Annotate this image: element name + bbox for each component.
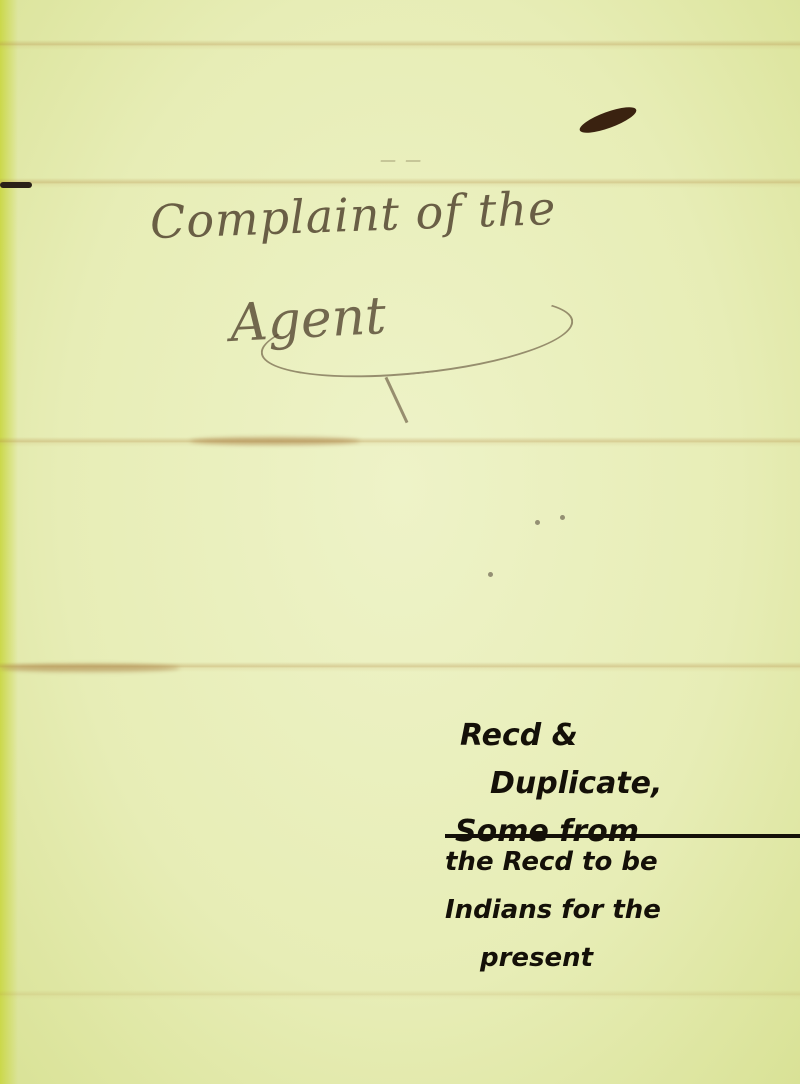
- fold-line: [0, 437, 800, 447]
- speck: [535, 520, 540, 525]
- fold-line: [0, 40, 800, 50]
- note-line: Indians for the: [445, 886, 800, 934]
- paper-edge: [0, 0, 18, 1084]
- note-line: Duplicate,: [445, 760, 800, 808]
- note-line-struck: Some from: [445, 808, 800, 856]
- speck: [488, 572, 493, 577]
- docket-notes: Recd & Duplicate, Some from the Recd to …: [445, 712, 800, 982]
- note-line: Recd &: [445, 712, 800, 760]
- stain: [190, 437, 360, 445]
- struck-text: Some from: [455, 814, 639, 849]
- signature-flourish-tail: [385, 377, 409, 424]
- note-line: present: [445, 934, 800, 982]
- docket-title: Complaint of the: [149, 181, 557, 249]
- fold-line: [0, 990, 800, 1000]
- faint-header-marks: — —: [380, 150, 530, 180]
- speck: [560, 515, 565, 520]
- document-page: — — Complaint of the Agent Recd & Duplic…: [0, 0, 800, 1084]
- strikethrough-line: [445, 834, 800, 838]
- margin-mark: [0, 182, 32, 188]
- stain: [0, 664, 180, 672]
- ink-blot: [577, 102, 639, 138]
